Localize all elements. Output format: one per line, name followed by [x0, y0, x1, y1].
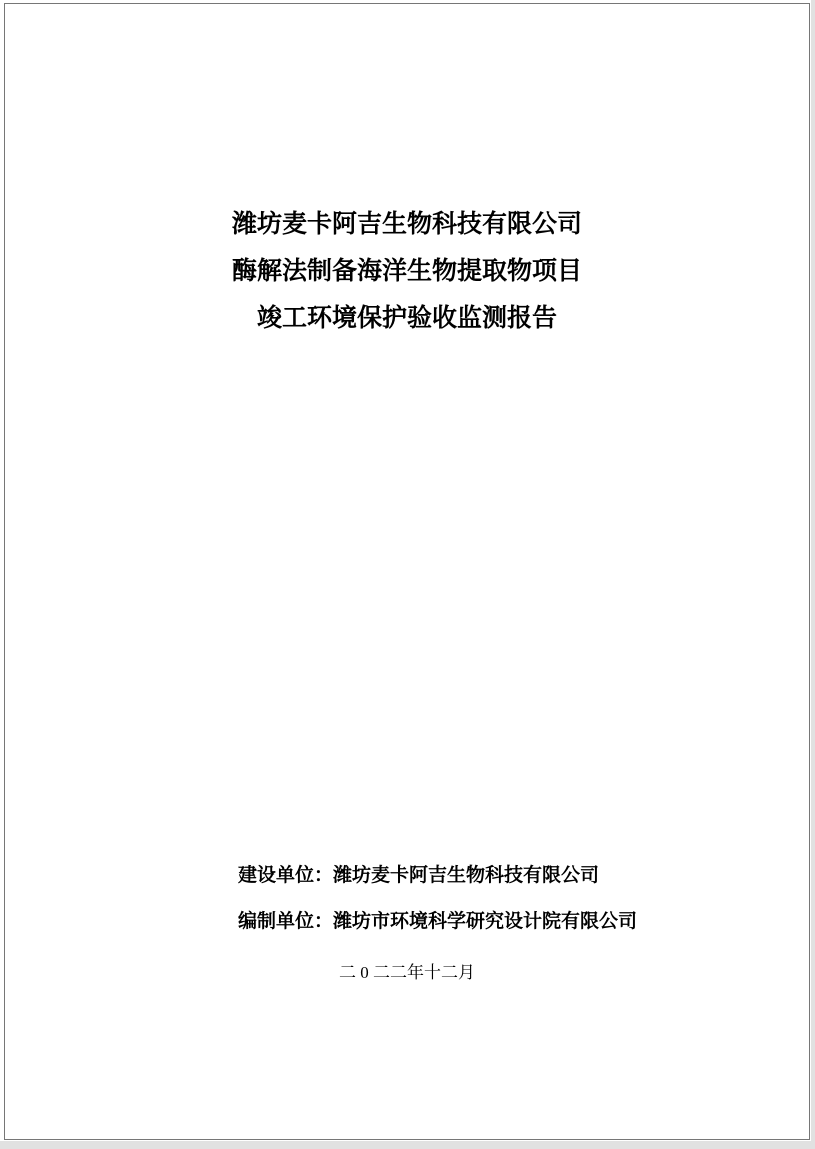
page-edge-right — [811, 0, 815, 1149]
construction-unit-label: 建设单位： — [238, 865, 333, 886]
report-date: 二 0 二二年十二月 — [5, 964, 809, 981]
compilation-unit-line: 编制单位：潍坊市环境科学研究设计院有限公司 — [238, 912, 637, 931]
title-line-company: 潍坊麦卡阿吉生物科技有限公司 — [5, 201, 809, 248]
page-edge-bottom — [0, 1141, 815, 1149]
construction-unit-line: 建设单位：潍坊麦卡阿吉生物科技有限公司 — [238, 866, 637, 885]
title-block: 潍坊麦卡阿吉生物科技有限公司 酶解法制备海洋生物提取物项目 竣工环境保护验收监测… — [5, 201, 809, 342]
construction-unit-name: 潍坊麦卡阿吉生物科技有限公司 — [333, 865, 599, 886]
units-block: 建设单位：潍坊麦卡阿吉生物科技有限公司 编制单位：潍坊市环境科学研究设计院有限公… — [238, 866, 637, 931]
title-line-project: 酶解法制备海洋生物提取物项目 — [5, 248, 809, 295]
document-canvas: 潍坊麦卡阿吉生物科技有限公司 酶解法制备海洋生物提取物项目 竣工环境保护验收监测… — [0, 0, 815, 1149]
compilation-unit-label: 编制单位： — [238, 911, 333, 932]
compilation-unit-name: 潍坊市环境科学研究设计院有限公司 — [333, 911, 637, 932]
title-line-report-type: 竣工环境保护验收监测报告 — [5, 295, 809, 342]
report-cover-page: 潍坊麦卡阿吉生物科技有限公司 酶解法制备海洋生物提取物项目 竣工环境保护验收监测… — [4, 3, 810, 1140]
